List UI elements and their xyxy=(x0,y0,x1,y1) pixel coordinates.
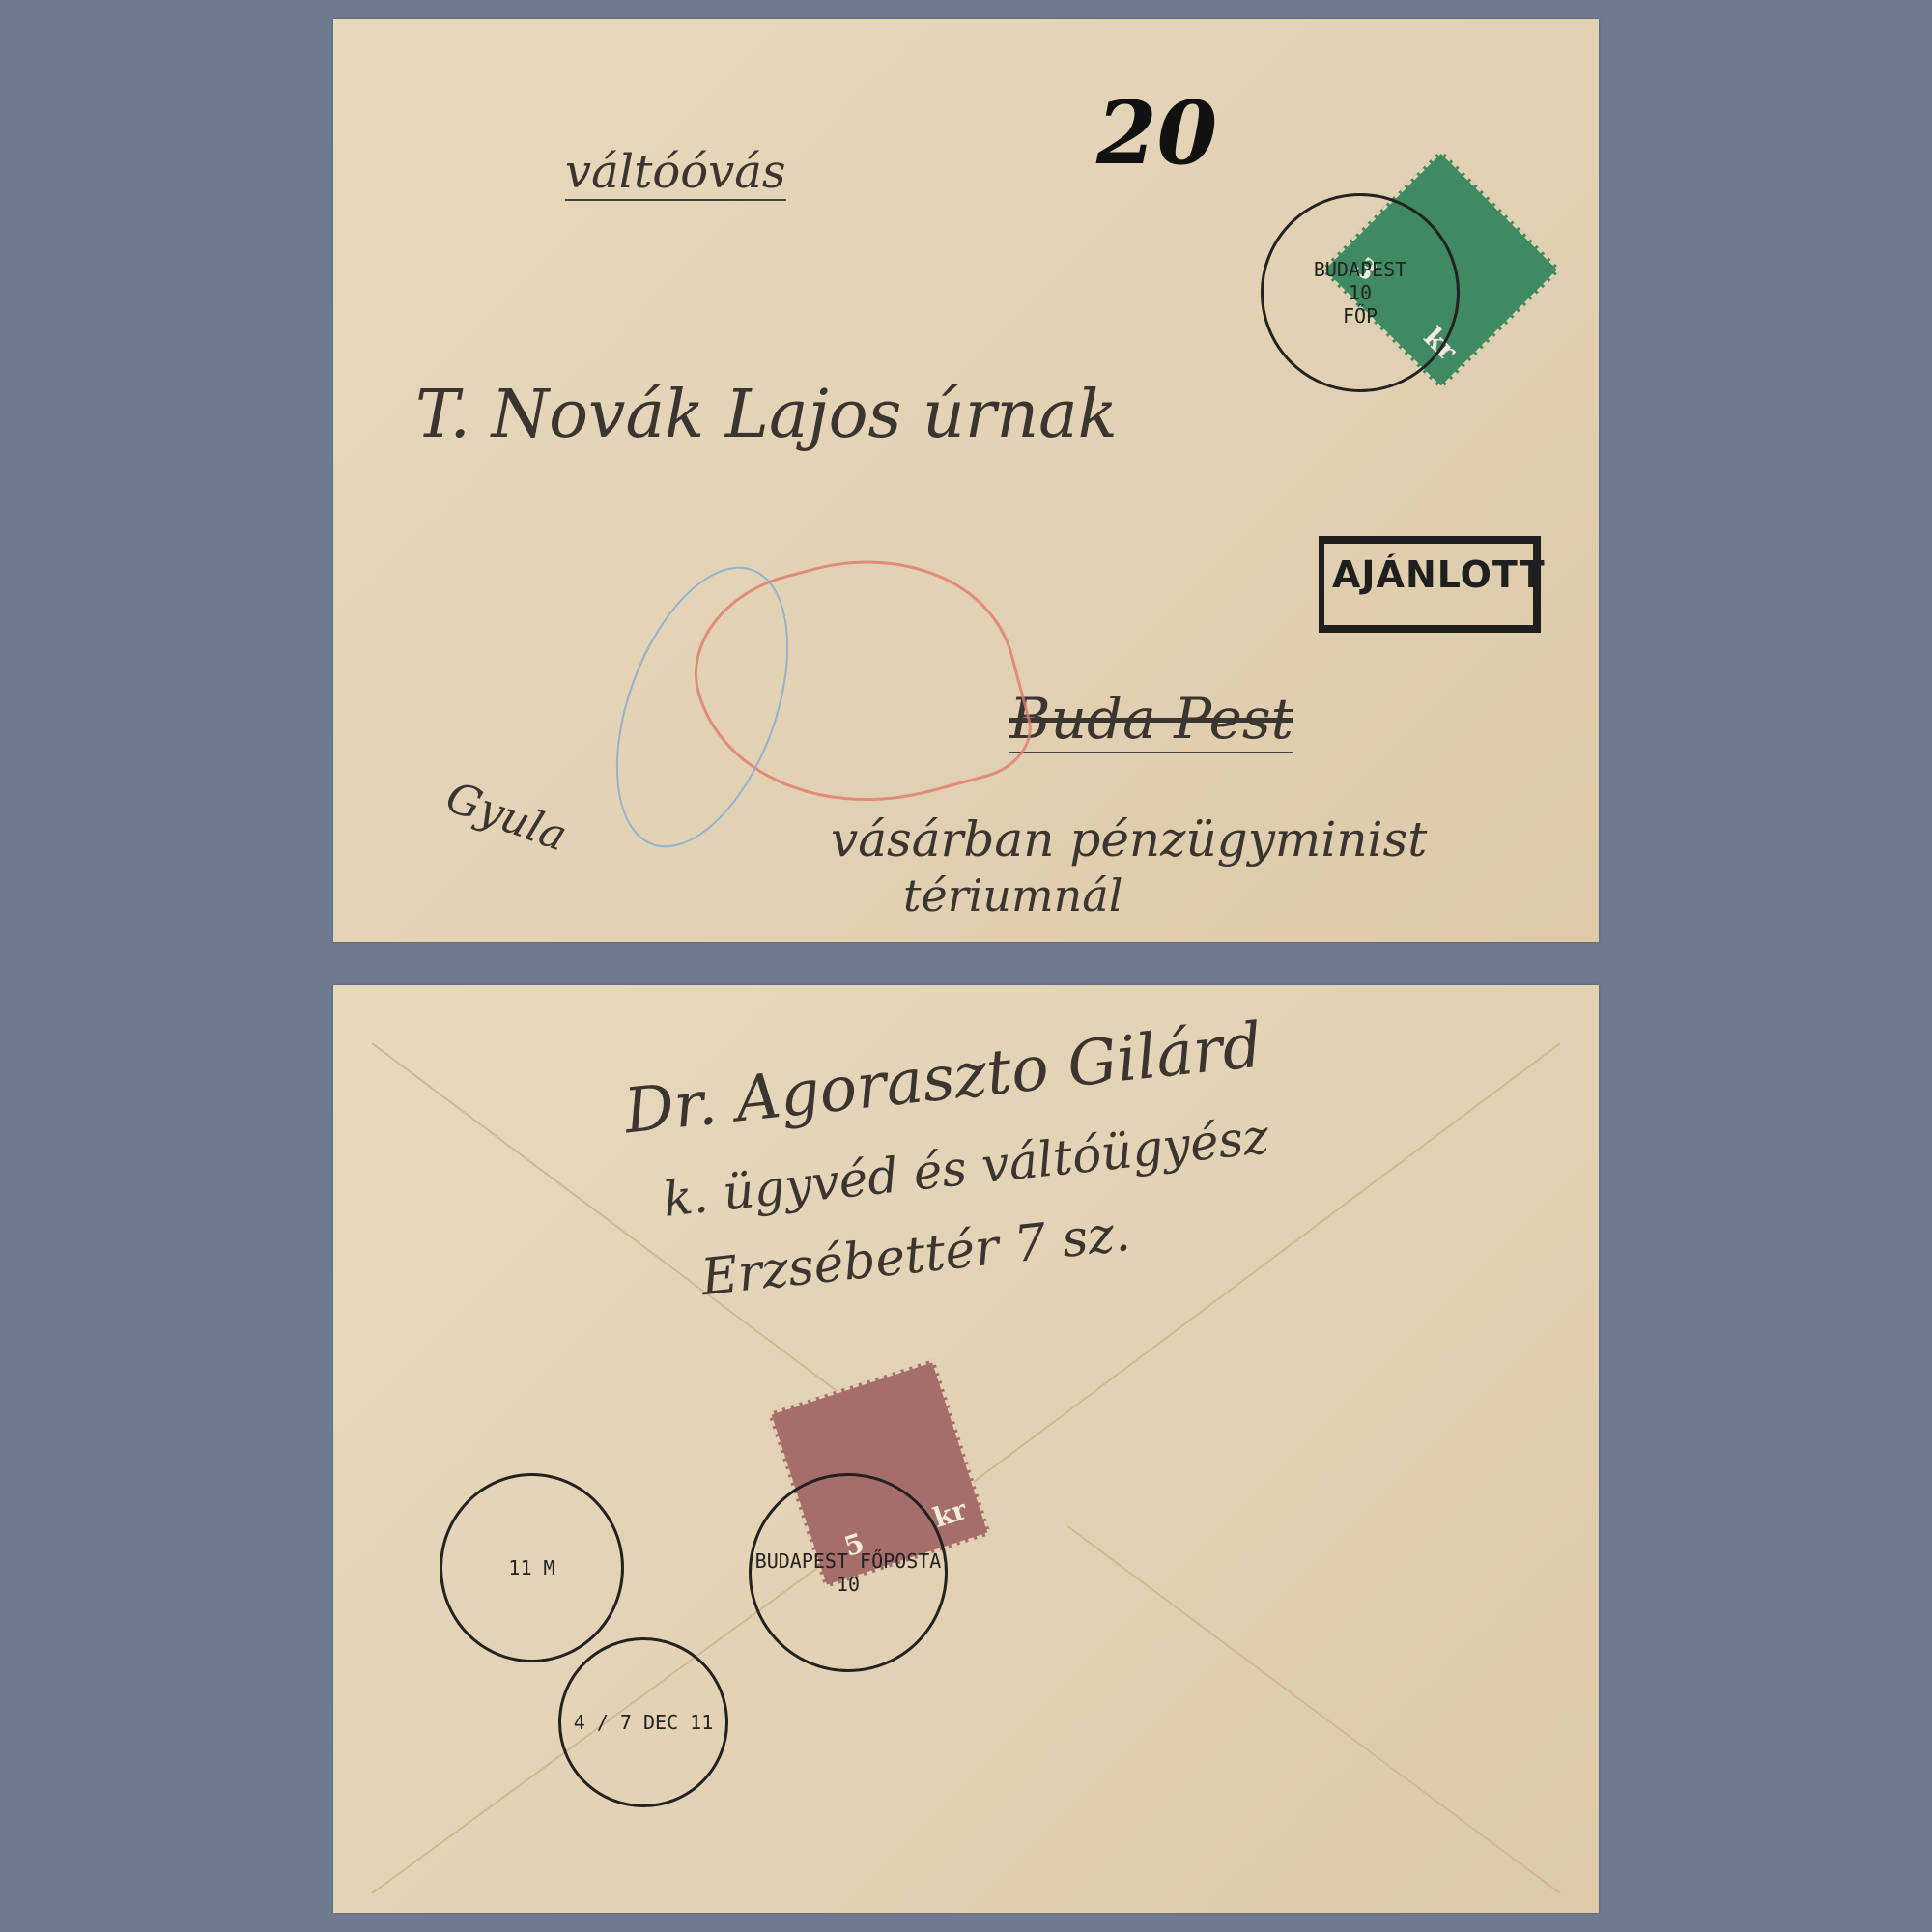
postmark-text: 11 M xyxy=(508,1556,554,1579)
recipient-line: T. Novák Lajos úrnak xyxy=(415,377,1118,453)
envelope-front: 20 váltóóvás T. Novák Lajos úrnak Buda P… xyxy=(333,19,1599,942)
postmark-text: 4 / 7 DEC 11 xyxy=(574,1711,714,1734)
left-note: Gyula xyxy=(440,773,573,862)
city-line: Buda Pest xyxy=(1009,686,1293,753)
number-marking: 20 xyxy=(1096,82,1217,185)
top-note: váltóóvás xyxy=(565,145,786,201)
back-postmark-bottom: 4 / 7 DEC 11 xyxy=(558,1637,728,1807)
back-postmark-main: BUDAPEST FŐPOSTA 10 xyxy=(749,1473,948,1672)
back-postmark-left: 11 M xyxy=(440,1473,624,1662)
postmark-top: BUDAPEST xyxy=(1314,258,1406,281)
front-postmark: BUDAPEST 10 FŐP xyxy=(1261,193,1460,392)
address-line-1: vásárban pénzügyminist xyxy=(831,811,1427,867)
postmark-middle: 10 xyxy=(1349,281,1372,304)
address-line-2: tériumnál xyxy=(903,869,1122,922)
envelope-back: Dr. Agoraszto Gilárd k. ügyvéd és váltóü… xyxy=(333,985,1599,1913)
registration-mark: AJÁNLOTT xyxy=(1319,536,1541,633)
postmark-day: 10 xyxy=(837,1573,860,1596)
postmark-text: BUDAPEST FŐPOSTA xyxy=(755,1549,942,1573)
envelope-flap-lines xyxy=(333,985,1599,1913)
postmark-bottom: FŐP xyxy=(1343,304,1378,327)
